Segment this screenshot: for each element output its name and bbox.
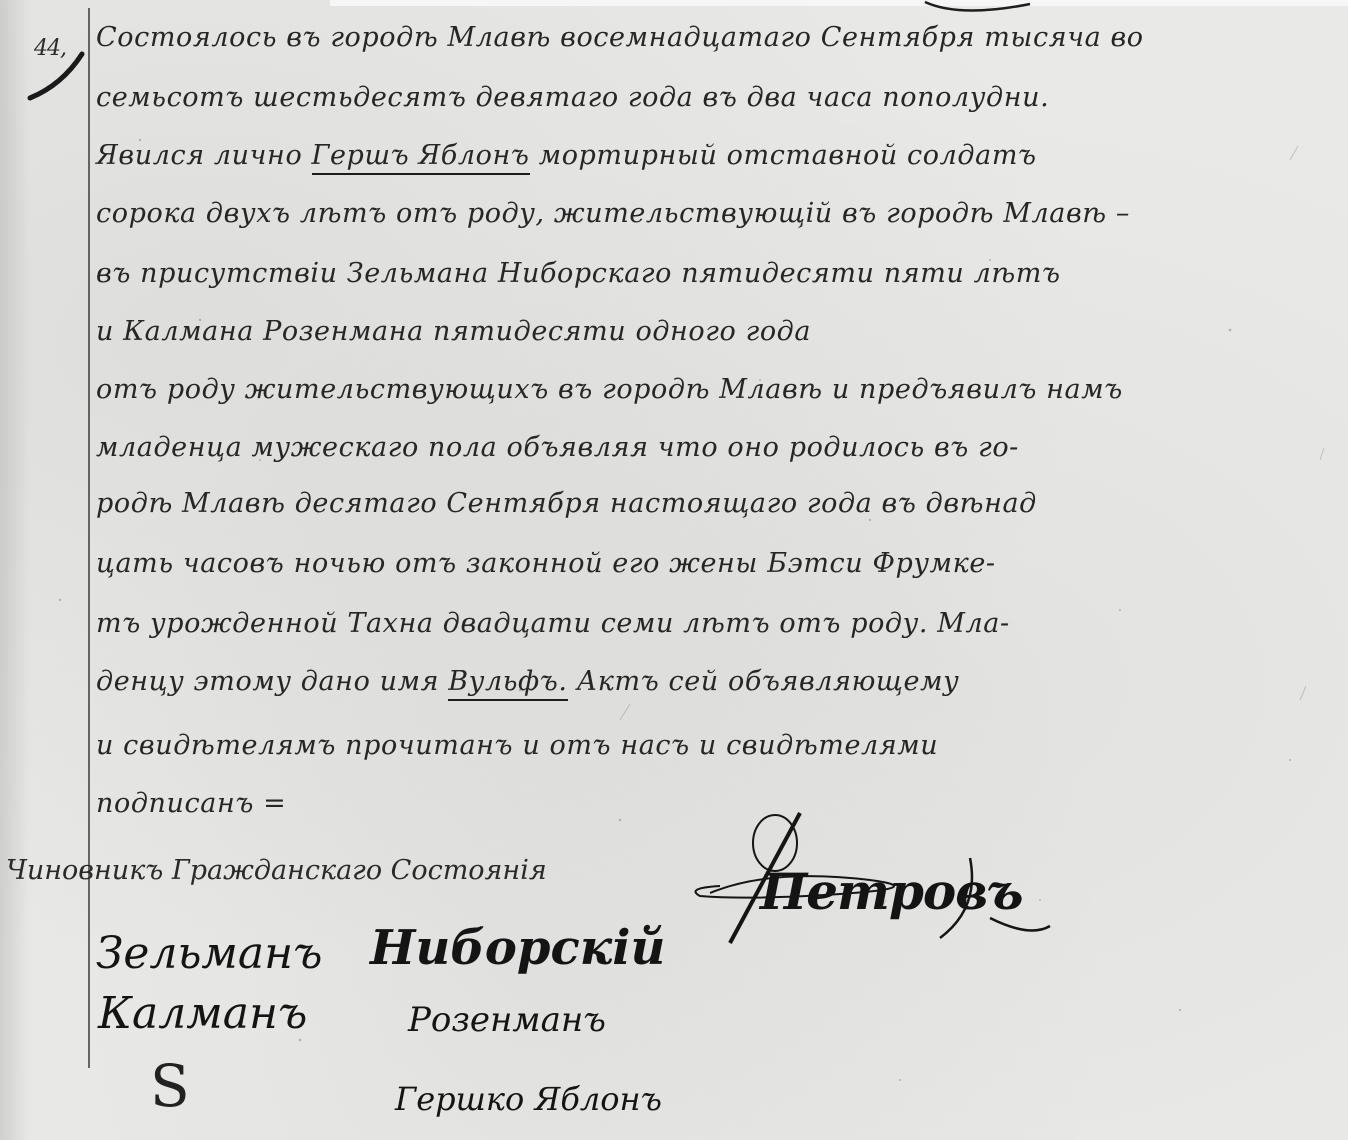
margin-rule: [88, 8, 90, 1068]
body-line: цать часовъ ночью отъ законной его жены …: [96, 548, 996, 579]
witness-2-signature-last: Розенманъ: [408, 1000, 606, 1040]
scan-edge-shadow: [0, 0, 30, 1140]
witness-2-signature-first: Калманъ: [98, 988, 307, 1039]
witness-1-signature-first: Зельманъ: [96, 928, 322, 979]
witness-1-signature-last: Ниборскій: [370, 920, 665, 976]
declarant-name: Гершъ Яблонъ: [312, 140, 530, 175]
body-line: отъ роду жительствующихъ въ городѣ Млавѣ…: [96, 374, 1123, 405]
declarant-signature: Гершко Яблонъ: [395, 1080, 662, 1118]
document-page: 44, Состоялось въ городѣ Млавѣ восемнадц…: [0, 0, 1348, 1140]
body-line: тъ урожденной Тахна двадцати семи лѣтъ о…: [96, 608, 1010, 639]
line-suffix: мортирный отставной солдатъ: [539, 140, 1037, 171]
line-suffix: Актъ сей объявляющему: [577, 666, 960, 697]
record-number-stroke: [22, 50, 92, 110]
body-line: въ присутствіи Зельмана Ниборскаго пятид…: [96, 258, 1061, 289]
scan-top-strip: [330, 0, 1348, 6]
body-line: денцу этому дано имя Вульфъ. Актъ сей об…: [96, 666, 959, 697]
clerk-title: Чиновникъ Гражданскаго Состоянія: [6, 855, 547, 886]
body-line: Состоялось въ городѣ Млавѣ восемнадцатаг…: [96, 22, 1144, 53]
body-line: родѣ Млавѣ десятаго Сентября настоящаго …: [96, 488, 1037, 519]
line-prefix: Явился лично: [96, 140, 302, 171]
body-line: сорока двухъ лѣтъ отъ роду, жительствующ…: [96, 198, 1130, 229]
top-flourish-stroke: [920, 0, 1040, 20]
body-line: и Калмана Розенмана пятидесяти одного го…: [96, 316, 811, 347]
child-name: Вульфъ.: [448, 666, 567, 701]
clerk-signature: Петровъ: [760, 862, 1022, 921]
body-line: подписанъ =: [96, 788, 286, 819]
body-line: младенца мужескаго пола объявляя что оно…: [96, 432, 1019, 463]
body-line: Явился лично Гершъ Яблонъ мортирный отст…: [96, 140, 1037, 171]
body-line: семьсотъ шестьдесятъ девятаго года въ дв…: [96, 82, 1049, 113]
line-prefix: денцу этому дано имя: [96, 666, 439, 697]
body-line: и свидѣтелямъ прочитанъ и отъ насъ и сви…: [96, 730, 938, 761]
margin-mark: S: [150, 1052, 190, 1120]
